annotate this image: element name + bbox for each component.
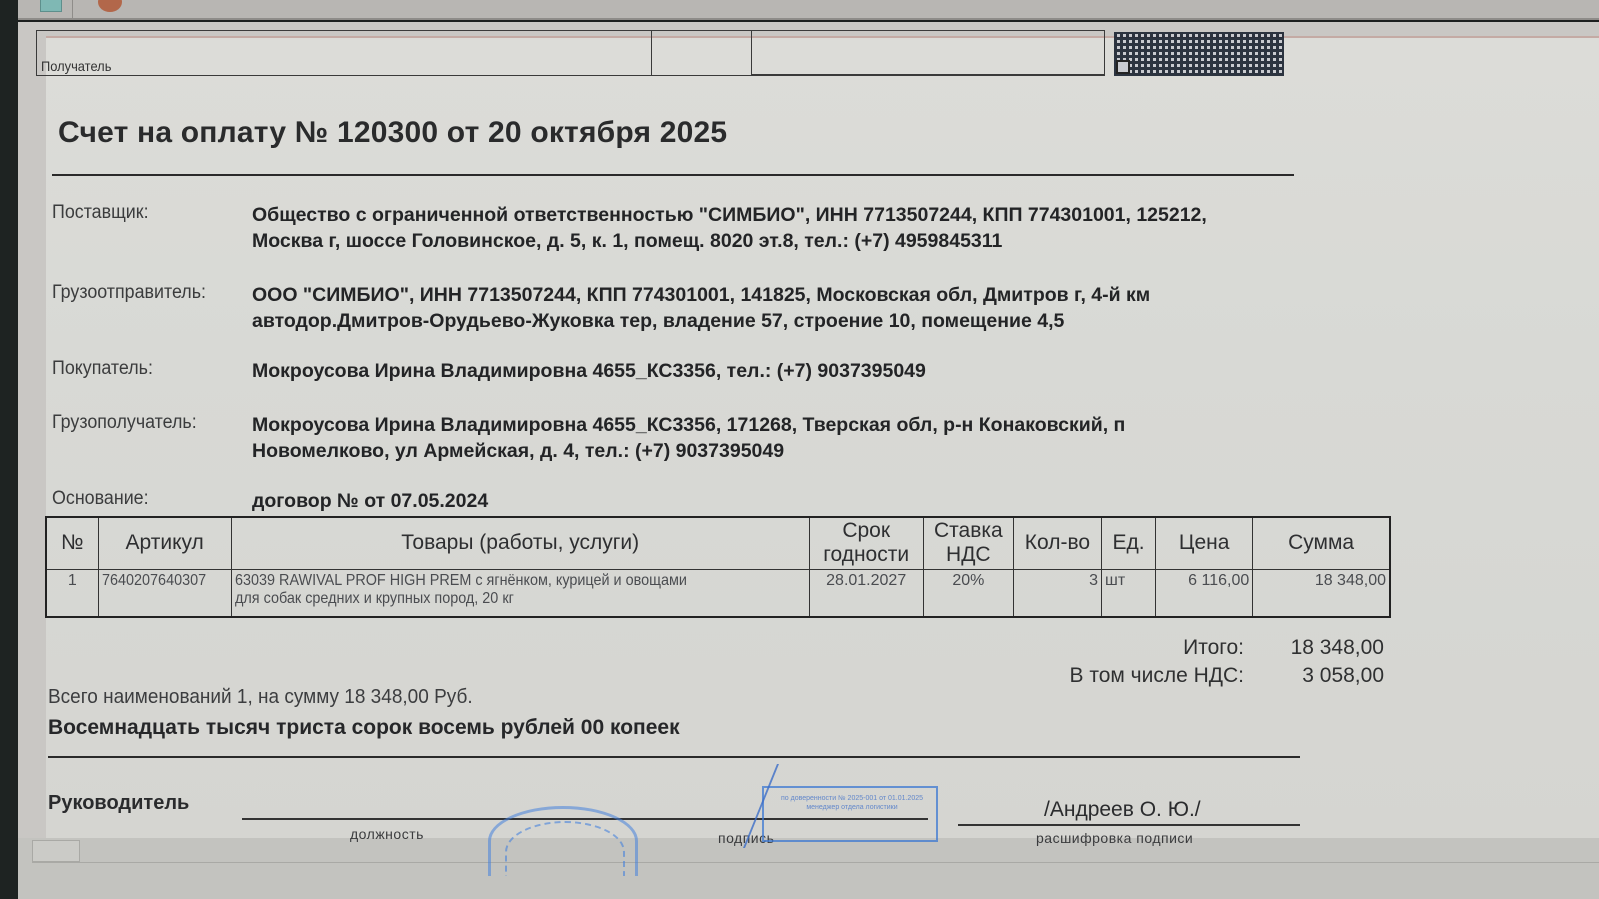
- col-expiry-line2: годности: [812, 543, 921, 567]
- vat-total-label: В том числе НДС:: [1069, 664, 1244, 688]
- name-line: [958, 824, 1300, 826]
- consignee-line: Новомелково, ул Армейская, д. 4, тел.: (…: [252, 438, 1125, 464]
- col-article: Артикул: [98, 517, 231, 569]
- status-bar: [18, 838, 1599, 899]
- shipper-line: автодор.Дмитров-Орудьево-Жуковка тер, вл…: [252, 308, 1150, 334]
- consignee-value: Мокроусова Ирина Владимировна 4655_КС335…: [252, 412, 1125, 464]
- col-num: №: [46, 517, 98, 569]
- invoice-title: Счет на оплату № 120300 от 20 октября 20…: [58, 116, 727, 150]
- shipper-value: ООО "СИМБИО", ИНН 7713507244, КПП 774301…: [252, 282, 1150, 334]
- totals-block: Итого: 18 348,00 В том числе НДС: 3 058,…: [1069, 634, 1384, 690]
- article-value: 7640207640307: [102, 572, 206, 590]
- col-vat-line1: Ставка: [926, 519, 1011, 543]
- name-caption: расшифровка подписи: [1036, 830, 1193, 846]
- supplier-line: Москва г, шоссе Головинское, д. 5, к. 1,…: [252, 228, 1207, 254]
- summary-rule: [48, 756, 1300, 758]
- table-header-row: № Артикул Товары (работы, услуги) Срок г…: [46, 517, 1390, 569]
- app-toolbar: [18, 0, 1599, 20]
- consignee-row: Грузополучатель: Мокроусова Ирина Владим…: [52, 412, 1292, 464]
- buyer-label: Покупатель:: [52, 358, 240, 384]
- recipient-cell: Получатель: [37, 31, 652, 75]
- shipper-row: Грузоотправитель: ООО "СИМБИО", ИНН 7713…: [52, 282, 1292, 334]
- col-vat-line2: НДС: [926, 543, 1011, 567]
- app-logo-icon[interactable]: [98, 0, 122, 12]
- cell-num: 1: [46, 569, 98, 617]
- basis-row: Основание: договор № от 07.05.2024: [52, 488, 1292, 514]
- basis-line: договор № от 07.05.2024: [252, 488, 488, 514]
- recipient-cell-3: [752, 31, 1104, 75]
- col-expiry: Срок годности: [809, 517, 923, 569]
- toolbar-separator: [72, 0, 73, 18]
- cell-sum: 18 348,00: [1253, 569, 1390, 617]
- items-table: № Артикул Товары (работы, услуги) Срок г…: [45, 516, 1391, 618]
- position-caption: должность: [350, 826, 424, 842]
- vat-row: В том числе НДС: 3 058,00: [1069, 662, 1384, 690]
- document-icon[interactable]: [40, 0, 62, 12]
- col-price: Цена: [1156, 517, 1253, 569]
- shipper-line: ООО "СИМБИО", ИНН 7713507244, КПП 774301…: [252, 282, 1150, 308]
- vat-total-value: 3 058,00: [1274, 664, 1384, 688]
- recipient-label: Получатель: [41, 58, 111, 74]
- basis-label: Основание:: [52, 488, 240, 514]
- cell-price: 6 116,00: [1156, 569, 1253, 617]
- title-rule: [52, 174, 1294, 176]
- cell-expiry: 28.01.2027: [809, 569, 923, 617]
- screen-bezel: [0, 0, 18, 899]
- shipper-label: Грузоотправитель:: [52, 282, 240, 334]
- total-value: 18 348,00: [1274, 636, 1384, 660]
- basis-value: договор № от 07.05.2024: [252, 488, 488, 514]
- qr-code: [1114, 32, 1284, 76]
- cell-article: 7640207640307: [98, 569, 231, 617]
- company-seal-stamp: [488, 806, 638, 876]
- status-divider: [32, 862, 1599, 863]
- cell-qty: 3: [1013, 569, 1101, 617]
- total-row: Итого: 18 348,00: [1069, 634, 1384, 662]
- signer-name: /Андреев О. Ю./: [1044, 798, 1201, 822]
- buyer-line: Мокроусова Ирина Владимировна 4655_КС335…: [252, 358, 926, 384]
- col-sum: Сумма: [1253, 517, 1390, 569]
- supplier-row: Поставщик: Общество с ограниченной ответ…: [52, 202, 1292, 254]
- supplier-label: Поставщик:: [52, 202, 240, 254]
- goods-line: для собак средних и крупных пород, 20 кг: [235, 590, 514, 608]
- supplier-value: Общество с ограниченной ответственностью…: [252, 202, 1207, 254]
- cell-vat: 20%: [923, 569, 1013, 617]
- consignee-label: Грузополучатель:: [52, 412, 240, 464]
- col-qty: Кол-во: [1013, 517, 1101, 569]
- signature-role: Руководитель: [48, 792, 189, 815]
- col-goods: Товары (работы, услуги): [231, 517, 809, 569]
- amount-in-words: Восемнадцать тысяч триста сорок восемь р…: [48, 716, 680, 740]
- cell-unit: шт: [1102, 569, 1156, 617]
- col-expiry-line1: Срок: [812, 519, 921, 543]
- cell-goods: 63039 RAWIVAL PROF HIGH PREM с ягнёнком,…: [231, 569, 809, 617]
- col-vat: Ставка НДС: [923, 517, 1013, 569]
- buyer-value: Мокроусова Ирина Владимировна 4655_КС335…: [252, 358, 926, 384]
- col-unit: Ед.: [1102, 517, 1156, 569]
- goods-line: 63039 RAWIVAL PROF HIGH PREM с ягнёнком,…: [235, 572, 687, 590]
- status-cell[interactable]: [32, 840, 80, 862]
- consignee-line: Мокроусова Ирина Владимировна 4655_КС335…: [252, 412, 1125, 438]
- table-row: 1 7640207640307 63039 RAWIVAL PROF HIGH …: [46, 569, 1390, 617]
- items-count-summary: Всего наименований 1, на сумму 18 348,00…: [48, 686, 473, 709]
- supplier-line: Общество с ограниченной ответственностью…: [252, 202, 1207, 228]
- recipient-block: Получатель: [36, 30, 1105, 76]
- buyer-row: Покупатель: Мокроусова Ирина Владимировн…: [52, 358, 1292, 384]
- recipient-cell-2: [652, 31, 752, 75]
- total-label: Итого:: [1183, 636, 1244, 660]
